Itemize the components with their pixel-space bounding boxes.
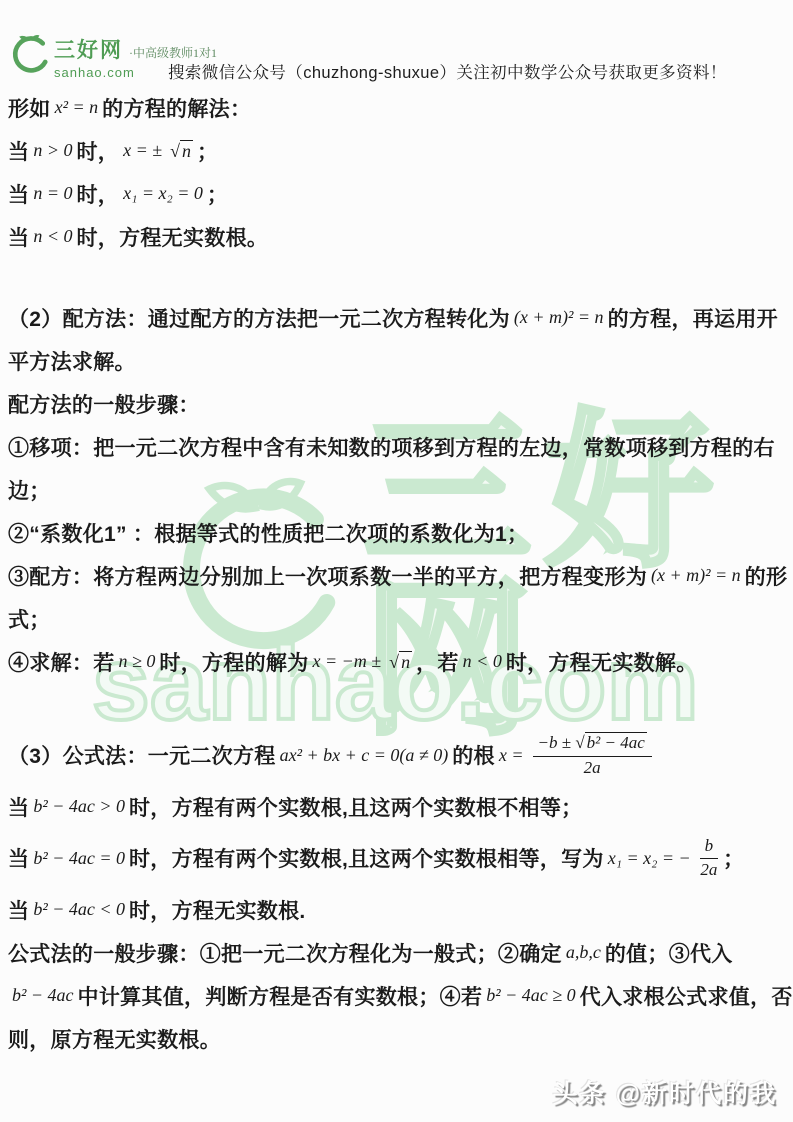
math-run: x = −m ±	[309, 651, 386, 672]
math-radicand: n	[399, 651, 412, 673]
content-line: 式；	[8, 597, 787, 640]
content-line: （3）公式法：一元二次方程ax² + bx + c = 0(a ≠ 0)的根x …	[8, 725, 787, 785]
text-run: 时，方程无实数根.	[129, 895, 306, 925]
math-run: x₁ = x₂ = 0	[119, 183, 207, 204]
math-run: ax² + bx + c = 0(a ≠ 0)	[276, 745, 453, 766]
text-run: 平方法求解。	[8, 346, 136, 376]
content-line: 配方法的一般步骤：	[8, 382, 787, 425]
content-line: ④求解：若n ≥ 0时，方程的解为x = −m ±√n，若n < 0时，方程无实…	[8, 640, 787, 683]
math-run: n < 0	[459, 651, 506, 672]
text-run: ；	[207, 179, 228, 209]
math-fraction: −b ± √b² − 4ac2a	[533, 732, 652, 778]
text-run: 式；	[8, 604, 51, 634]
text-run: 的根	[452, 740, 495, 770]
math-sqrt: √n	[385, 651, 416, 673]
text-run: 时，方程有两个实数根,且这两个实数根不相等；	[129, 792, 582, 822]
content-line: ①移项：把一元二次方程中含有未知数的项移到方程的左边，常数项移到方程的右	[8, 425, 787, 468]
content-line: b² − 4ac中计算其值，判断方程是否有实数根；④若b² − 4ac ≥ 0代…	[8, 974, 787, 1017]
text-run: 的形	[745, 561, 788, 591]
text-run: （2）配方法：通过配方的方法把一元二次方程转化为	[8, 303, 510, 333]
content-line: 公式法的一般步骤：①把一元二次方程化为一般式；②确定a,b,c的值；③代入	[8, 931, 787, 974]
text-run: 代入求根公式求值，否	[580, 981, 793, 1011]
text-run: （3）公式法：一元二次方程	[8, 740, 276, 770]
math-run: n ≥ 0	[115, 651, 160, 672]
math-run: a,b,c	[562, 942, 605, 963]
content-line: 当n < 0时，方程无实数根。	[8, 215, 787, 258]
math-run: b² − 4ac ≥ 0	[482, 985, 579, 1006]
text-run: 的值；③代入	[605, 938, 733, 968]
math-sqrt: √n	[166, 140, 197, 162]
text-run: 配方法的一般步骤：	[8, 389, 200, 419]
toutiao-credit: 头条 @新时代的我	[553, 1074, 777, 1110]
content-line: 当n = 0时，x₁ = x₂ = 0；	[8, 172, 787, 215]
content-line: 边；	[8, 468, 787, 511]
content-line: 当b² − 4ac > 0时，方程有两个实数根,且这两个实数根不相等；	[8, 785, 787, 828]
math-run: b² − 4ac < 0	[29, 899, 129, 920]
text-run: 时，	[76, 179, 119, 209]
fraction-denominator: 2a	[584, 757, 601, 778]
text-run: 边；	[8, 475, 51, 505]
content-line: 形如x² = n的方程的解法：	[8, 86, 787, 129]
text-run: 的方程，再运用开	[608, 303, 778, 333]
content-line: （2）配方法：通过配方的方法把一元二次方程转化为(x + m)² = n的方程，…	[8, 296, 787, 339]
logo-brand-text: 三好网	[54, 34, 123, 64]
math-run: x =	[495, 745, 528, 766]
content-line: ③配方：将方程两边分别加上一次项系数一半的平方，把方程变形为(x + m)² =…	[8, 554, 787, 597]
math-run: (x + m)² = n	[510, 307, 608, 328]
content-line: 则，原方程无实数根。	[8, 1017, 787, 1060]
text-run: ；	[723, 843, 744, 873]
text-run: ①移项：把一元二次方程中含有未知数的项移到方程的左边，常数项移到方程的右	[8, 432, 775, 462]
math-run: n = 0	[29, 183, 76, 204]
text-run: 当	[8, 136, 29, 166]
text-run: 当	[8, 843, 29, 873]
text-run: 时，方程无实数根。	[76, 222, 268, 252]
math-run: b² − 4ac	[8, 985, 78, 1006]
math-run: n < 0	[29, 226, 76, 247]
text-run: 公式法的一般步骤：①把一元二次方程化为一般式；②确定	[8, 938, 562, 968]
math-radicand: n	[180, 140, 193, 162]
math-run: (x + m)² = n	[647, 565, 745, 586]
content-line: 当b² − 4ac < 0时，方程无实数根.	[8, 888, 787, 931]
content-area: 形如x² = n的方程的解法：当n > 0时，x = ±√n；当n = 0时，x…	[8, 86, 787, 1060]
text-run: 当	[8, 792, 29, 822]
math-run: n > 0	[29, 140, 76, 161]
math-fraction: b2a	[700, 836, 719, 881]
text-run: ；	[197, 136, 218, 166]
wechat-slogan: 搜索微信公众号（chuzhong-shuxue）关注初中数学公众号获取更多资料！	[168, 59, 727, 83]
content-line: 当n > 0时，x = ±√n；	[8, 129, 787, 172]
math-radicand: b² − 4ac	[585, 732, 647, 753]
sanhao-logo-icon	[10, 34, 52, 78]
fraction-denominator: 2a	[700, 859, 717, 880]
content-line: 当b² − 4ac = 0时，方程有两个实数根,且这两个实数根相等，写为x₁ =…	[8, 828, 787, 888]
text-run: 则，原方程无实数根。	[8, 1024, 221, 1054]
fraction-numerator: b	[700, 836, 719, 859]
fraction-numerator: −b ± √b² − 4ac	[533, 732, 652, 756]
text-run: 时，方程有两个实数根,且这两个实数根相等，写为	[129, 843, 604, 873]
text-run: ②“系数化1” ：根据等式的性质把二次项的系数化为1；	[8, 518, 528, 548]
text-run: 当	[8, 222, 29, 252]
text-run: ，若	[416, 647, 459, 677]
text-run: ④求解：若	[8, 647, 115, 677]
math-run: x = ±	[119, 140, 166, 161]
math-run: b² − 4ac = 0	[29, 848, 129, 869]
text-run: 当	[8, 179, 29, 209]
text-run: 时，方程的解为	[159, 647, 308, 677]
text-run: 时，方程无实数解。	[506, 647, 698, 677]
text-run: 的方程的解法：	[102, 93, 251, 123]
text-run: 中计算其值，判断方程是否有实数根；④若	[78, 981, 483, 1011]
text-run: 时，	[76, 136, 119, 166]
math-run: x₁ = x₂ = −	[604, 848, 695, 869]
content-line: ②“系数化1” ：根据等式的性质把二次项的系数化为1；	[8, 511, 787, 554]
text-run: ③配方：将方程两边分别加上一次项系数一半的平方，把方程变形为	[8, 561, 647, 591]
document-page: 三好网 sanhao.com 三好网 ·中高级教师1对1 sanhao.com …	[0, 0, 793, 1122]
text-run: 当	[8, 895, 29, 925]
text-run: 形如	[8, 93, 51, 123]
math-run: b² − 4ac > 0	[29, 796, 129, 817]
content-line: 平方法求解。	[8, 339, 787, 382]
math-run: x² = n	[51, 97, 103, 118]
